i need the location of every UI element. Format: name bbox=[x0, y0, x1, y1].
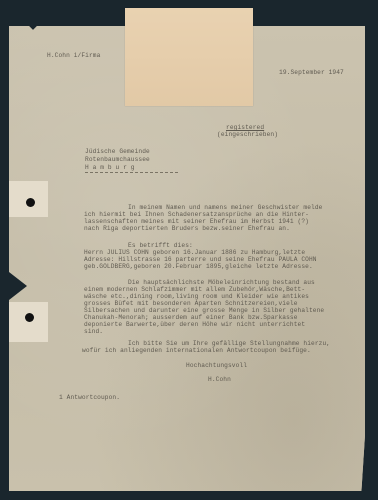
punch-hole-icon bbox=[26, 198, 35, 207]
signature: H.Cohn bbox=[208, 376, 231, 383]
binder-tab-bottom bbox=[9, 302, 48, 342]
text-line: deponierte Barwerte,über deren Höhe wir … bbox=[84, 321, 305, 328]
letter-date: 19.September 1947 bbox=[279, 69, 344, 76]
text-line: nach Riga deportierten Bruders bezw.sein… bbox=[84, 225, 290, 232]
punch-hole-icon bbox=[25, 313, 34, 322]
registered-label-de: (eingeschrieben) bbox=[217, 131, 278, 138]
text-line: sind. bbox=[84, 328, 103, 335]
address-divider bbox=[85, 172, 178, 173]
closing: Hochachtungsvoll bbox=[186, 362, 247, 369]
tape-patch bbox=[125, 8, 253, 106]
recipient-line: H a m b u r g bbox=[85, 164, 135, 171]
recipient-line: Jüdische Gemeinde bbox=[85, 148, 150, 155]
enclosure-note: 1 Antwortcoupon. bbox=[59, 394, 120, 401]
recipient-line: Rotenbaumchaussee bbox=[85, 156, 150, 163]
torn-edge bbox=[9, 272, 27, 300]
text-line: geb.GOLDBERG,geboren 20.Februar 1895,gle… bbox=[84, 263, 313, 270]
text-line: wofür ich anliegenden internationalen An… bbox=[82, 347, 311, 354]
sender-line: H.Cohn i/Firma bbox=[47, 52, 100, 59]
